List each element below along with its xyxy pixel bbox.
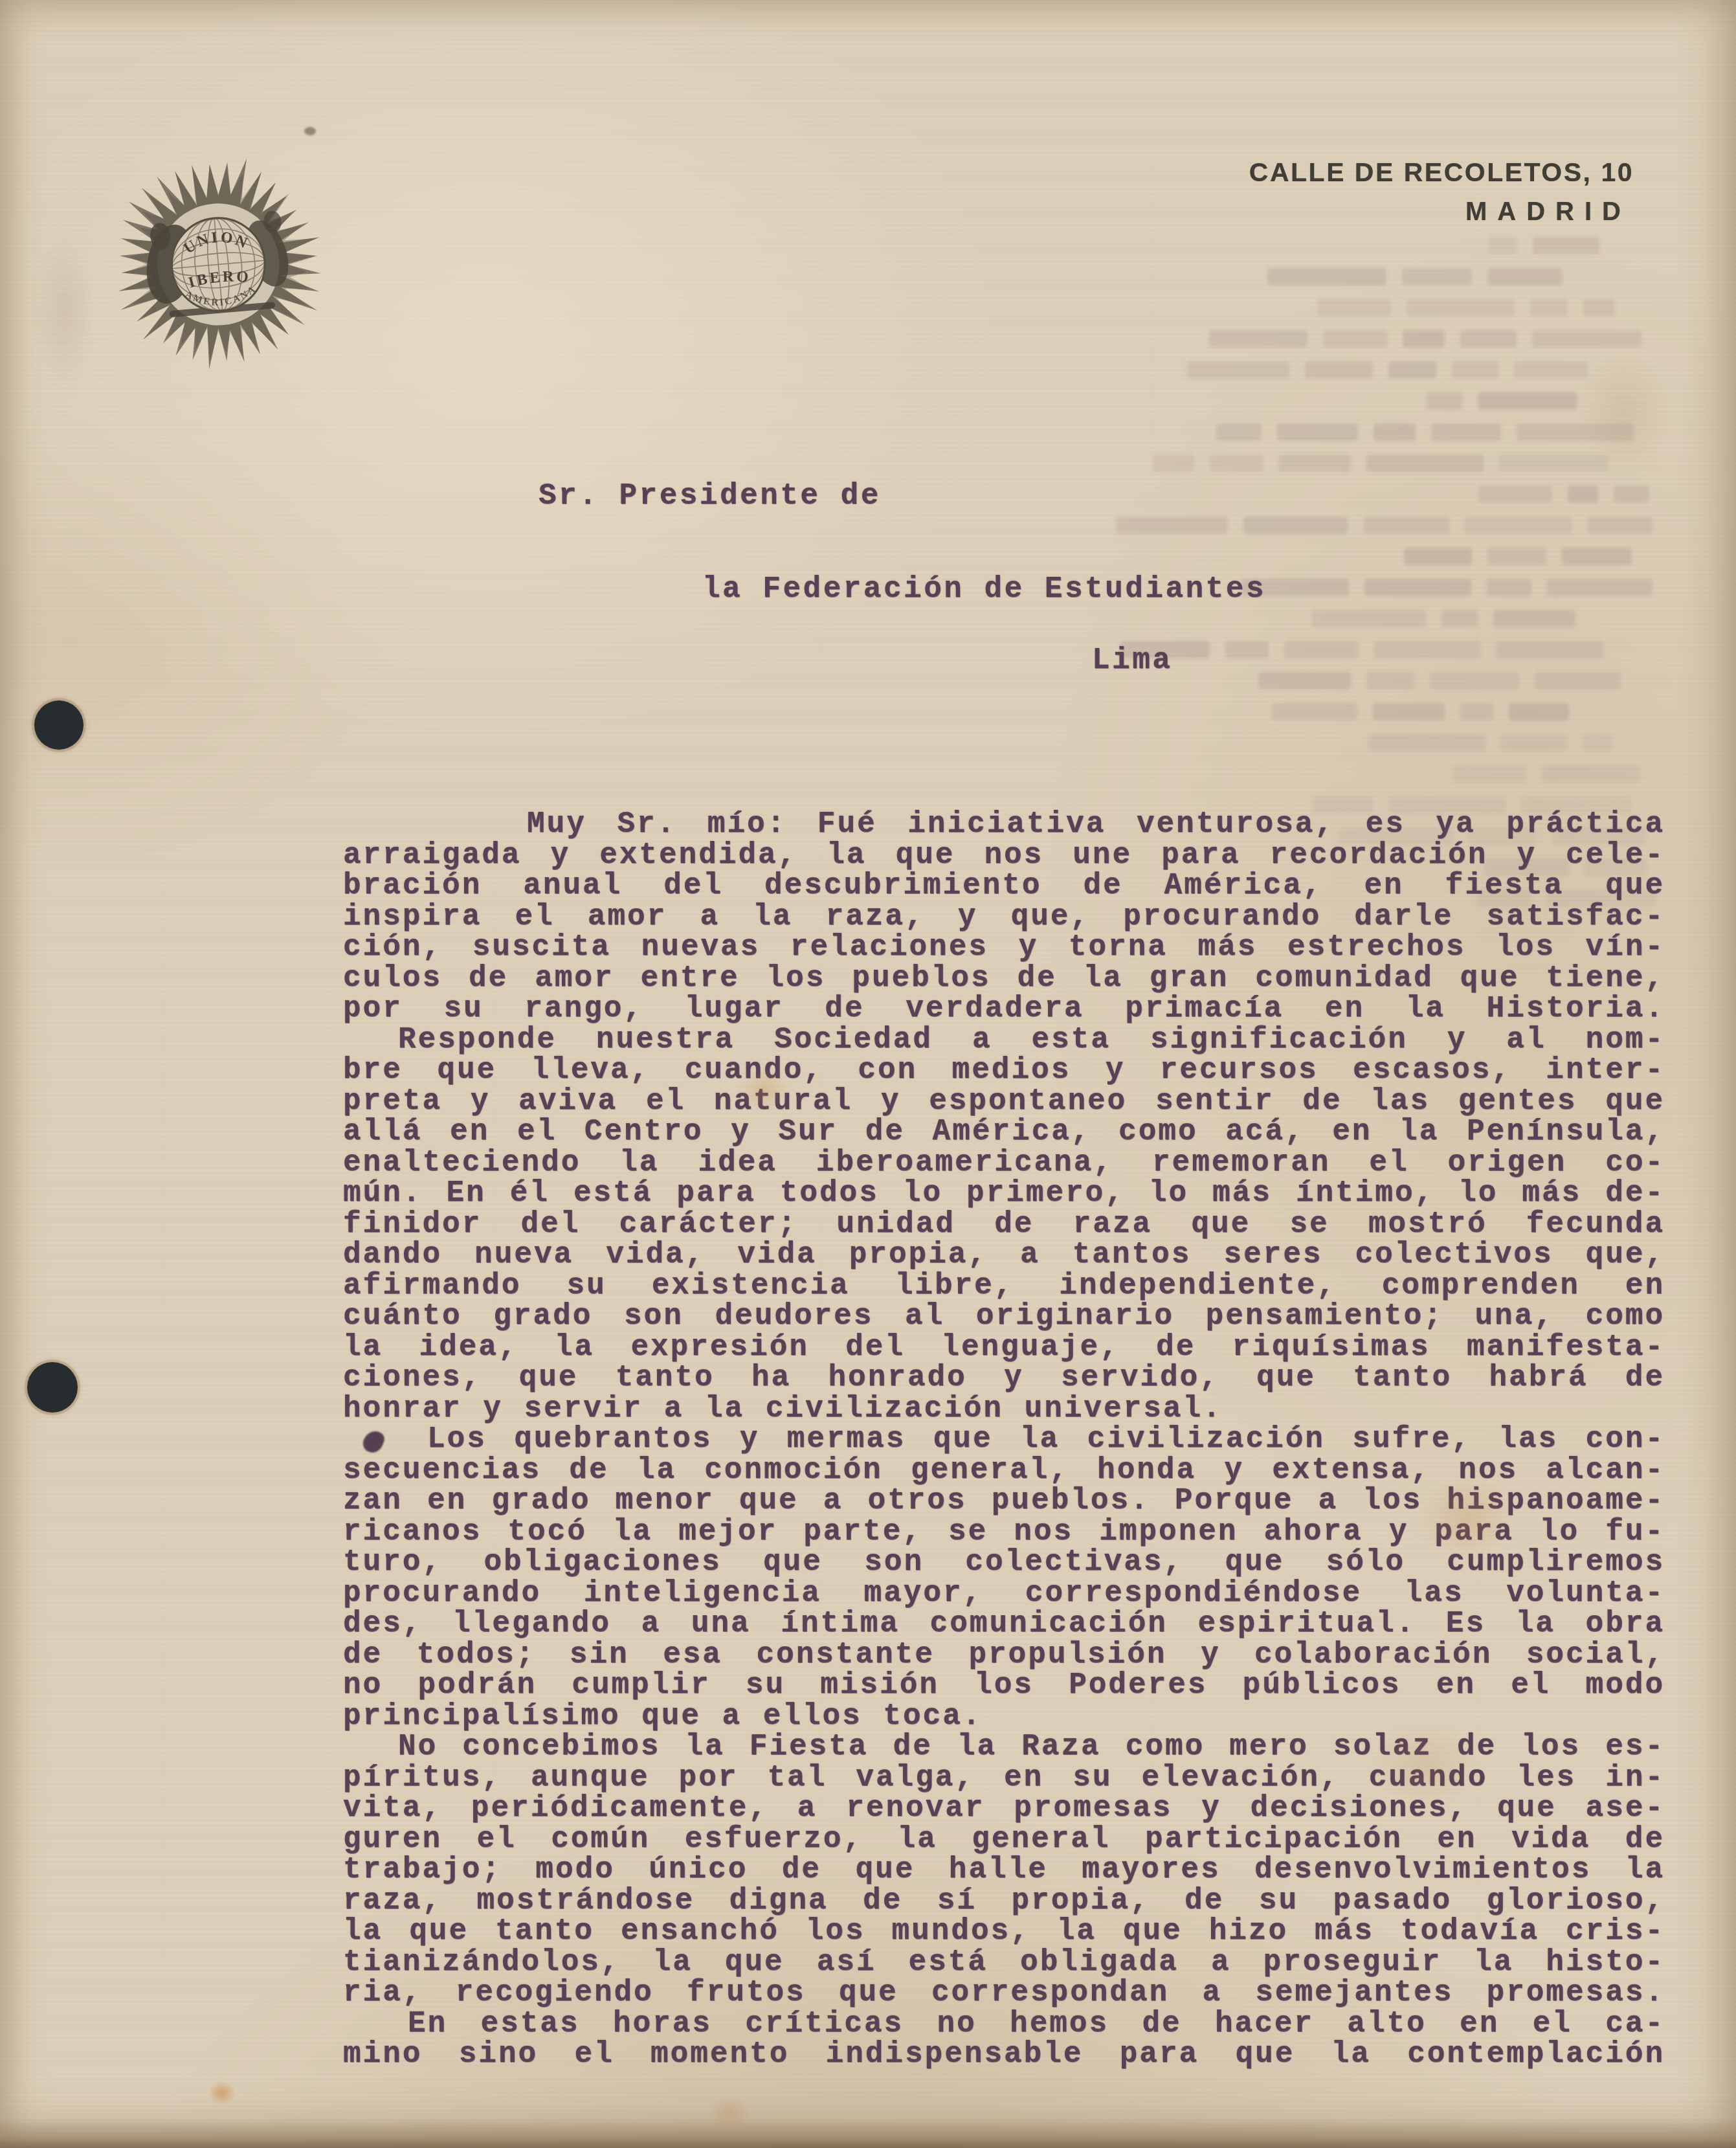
recipient-title: Sr. Presidente de — [539, 479, 881, 513]
letter-line: allá en el Centro y Sur de América, como… — [343, 1117, 1665, 1148]
letter-line: principalísimo que a ellos toca. — [343, 1701, 1665, 1732]
letter-line: finidor del carácter; unidad de raza que… — [343, 1209, 1665, 1240]
letter-line: honrar y servir a la civilización univer… — [343, 1394, 1665, 1425]
letter-line: procurando inteligencia mayor, correspon… — [343, 1578, 1665, 1609]
letter-line: ciones, que tanto ha honrado y servido, … — [343, 1363, 1665, 1394]
punch-hole-bottom — [27, 1362, 78, 1413]
recipient-city: Lima — [1092, 643, 1172, 677]
letter-line: de todos; sin esa constante propulsión y… — [343, 1640, 1665, 1671]
letterhead: CALLE DE RECOLETOS, 10 MADRID — [1249, 157, 1634, 227]
street-address: CALLE DE RECOLETOS, 10 — [1249, 157, 1634, 188]
letter-line: bre que lleva, cuando, con medios y recu… — [343, 1055, 1665, 1086]
paper-smudge — [35, 233, 93, 388]
letter-line: dando nueva vida, vida propia, a tantos … — [343, 1240, 1665, 1271]
letter-line: Los quebrantos y mermas que la civilizac… — [343, 1424, 1665, 1455]
paper-fleck — [304, 127, 316, 135]
letter-line: Responde nuestra Sociedad a esta signifi… — [343, 1025, 1665, 1056]
letter-line: preta y aviva el natural y espontaneo se… — [343, 1086, 1665, 1117]
paper-stain — [709, 2096, 750, 2130]
letter-body: Muy Sr. mío: Fué iniciativa venturosa, e… — [343, 809, 1665, 2070]
letter-line: la idea, la expresión del lenguaje, de r… — [343, 1332, 1665, 1363]
letter-line: des, llegando a una íntima comunicación … — [343, 1609, 1665, 1640]
letter-line: la que tanto ensanchó los mundos, la que… — [343, 1916, 1665, 1947]
letter-paragraph: No concebimos la Fiesta de la Raza como … — [343, 1732, 1665, 2009]
punch-hole-top — [34, 700, 83, 750]
letter-line: En estas horas críticas no hemos de hace… — [343, 2009, 1665, 2040]
letter-line: píritus, aunque por tal valga, en su ele… — [343, 1763, 1665, 1794]
letter-line: no podrán cumplir su misión los Poderes … — [343, 1670, 1665, 1701]
letter-line: por su rango, lugar de verdadera primací… — [343, 994, 1665, 1025]
recipient-organization: la Federación de Estudiantes — [702, 572, 1266, 606]
letter-page: UNION IBERO AMERICANA CALLE DE RECOLETOS… — [0, 0, 1736, 2148]
letter-line: ricanos tocó la mejor parte, se nos impo… — [343, 1517, 1665, 1548]
letter-line: bración anual del descubrimiento de Amér… — [343, 871, 1665, 902]
letter-line: guren el común esfuerzo, la general part… — [343, 1824, 1665, 1855]
letter-line: mún. En él está para todos lo primero, l… — [343, 1178, 1665, 1209]
union-ibero-americana-seal: UNION IBERO AMERICANA — [107, 151, 329, 373]
letter-paragraph: Los quebrantos y mermas que la civilizac… — [343, 1424, 1665, 1732]
letter-line: enalteciendo la idea iberoamericana, rem… — [343, 1148, 1665, 1179]
scan-edge-shading — [0, 2118, 1736, 2148]
letter-line: turo, obligaciones que son colectivas, q… — [343, 1547, 1665, 1578]
letter-paragraph: En estas horas críticas no hemos de hace… — [343, 2009, 1665, 2070]
letter-line: afirmando su existencia libre, independi… — [343, 1271, 1665, 1302]
letter-line: cuánto grado son deudores al originario … — [343, 1301, 1665, 1332]
letter-line: arraigada y extendida, la que nos une pa… — [343, 840, 1665, 871]
letter-paragraph: Responde nuestra Sociedad a esta signifi… — [343, 1025, 1665, 1425]
letter-line: mino sino el momento indispensable para … — [343, 2039, 1665, 2070]
letter-line: zan en grado menor que a otros pueblos. … — [343, 1486, 1665, 1517]
letter-line: trabajo; modo único de que halle mayores… — [343, 1855, 1665, 1886]
letter-line: tianizándolos, la que así está obligada … — [343, 1947, 1665, 1978]
letter-line: No concebimos la Fiesta de la Raza como … — [343, 1732, 1665, 1763]
letter-line: Muy Sr. mío: Fué iniciativa venturosa, e… — [343, 809, 1665, 840]
letter-line: vita, periódicamente, a renovar promesas… — [343, 1793, 1665, 1824]
paper-stain — [208, 2081, 236, 2105]
letter-line: secuencias de la conmoción general, hond… — [343, 1455, 1665, 1486]
letter-line: inspira el amor a la raza, y que, procur… — [343, 902, 1665, 933]
letter-line: culos de amor entre los pueblos de la gr… — [343, 963, 1665, 994]
letter-line: raza, mostrándose digna de sí propia, de… — [343, 1886, 1665, 1917]
letter-line: ria, recogiendo frutos que correspondan … — [343, 1978, 1665, 2009]
letter-paragraph: Muy Sr. mío: Fué iniciativa venturosa, e… — [343, 809, 1665, 1025]
letter-line: ción, suscita nuevas relaciones y torna … — [343, 932, 1665, 963]
city-name: MADRID — [1249, 197, 1634, 227]
